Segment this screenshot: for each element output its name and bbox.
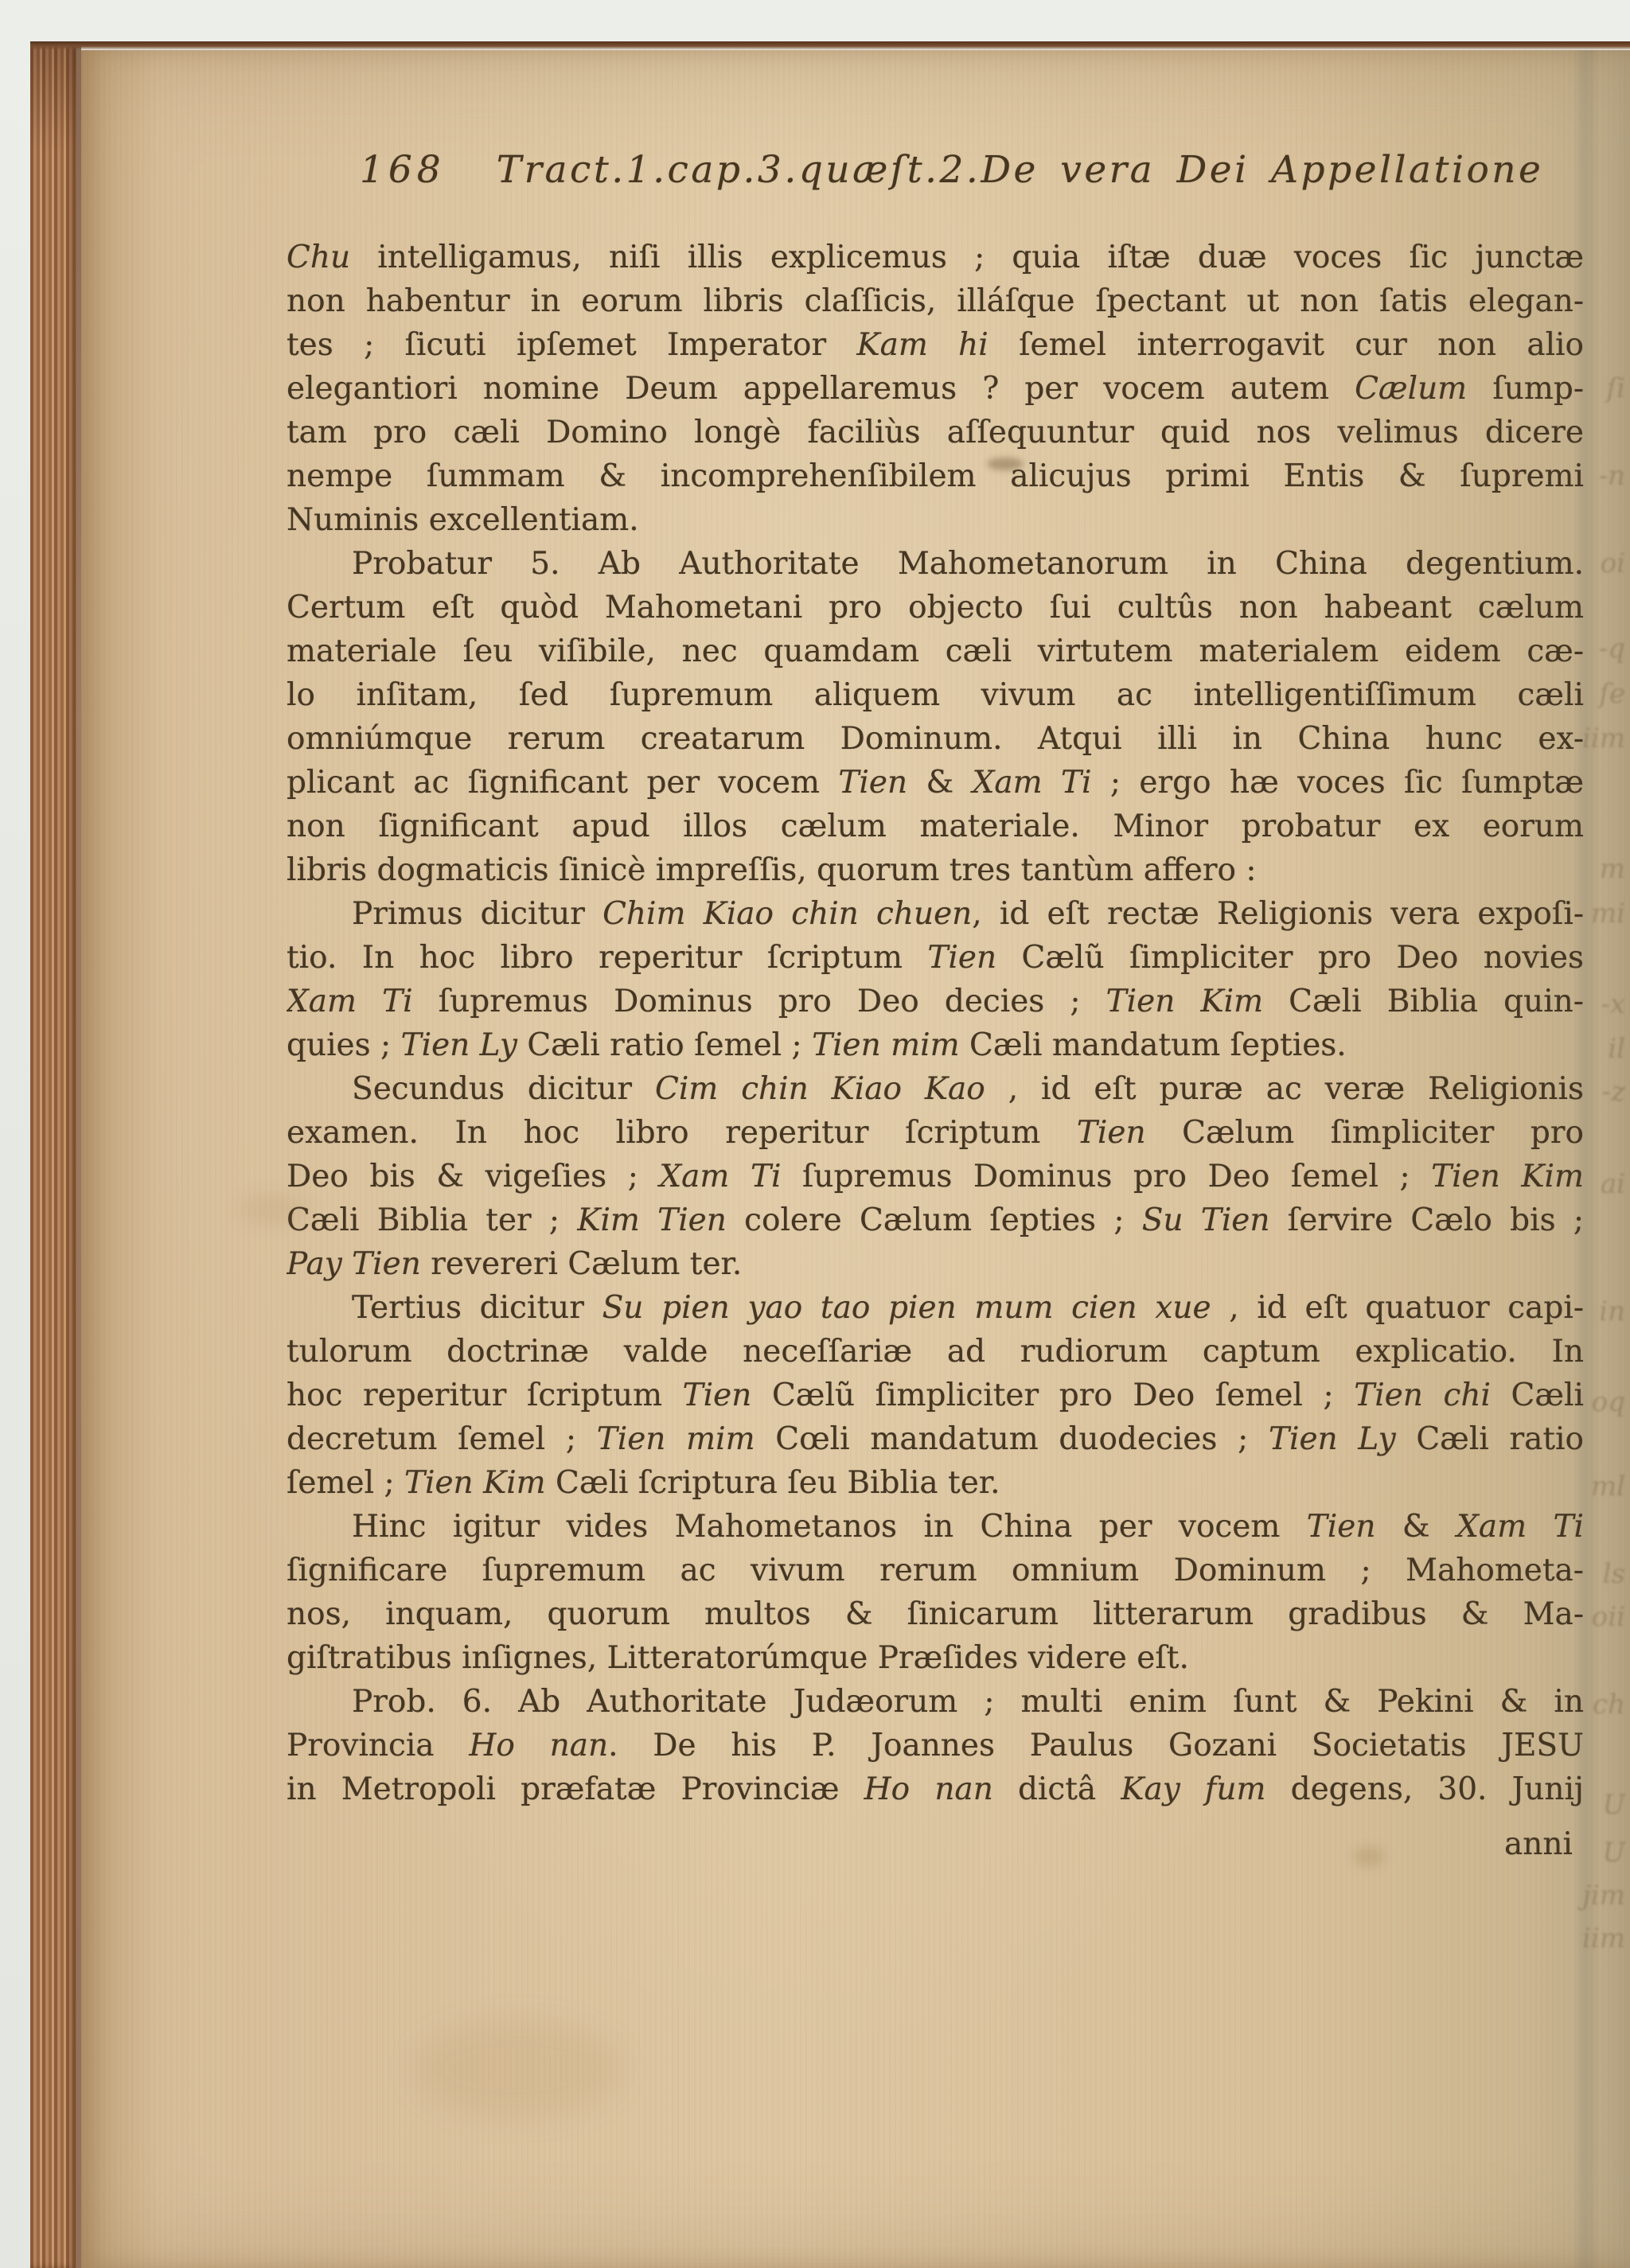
bleed-through-fragment: -x <box>1601 988 1625 1020</box>
text-line: in Metropoli præfatæ Provinciæ Ho nan di… <box>287 1767 1584 1811</box>
italic-term: Tien Ly <box>1269 1421 1396 1457</box>
bleed-through-fragment: ai <box>1601 1168 1625 1200</box>
text-segment: ; ergo hæ voces ſic ſumptæ <box>1091 765 1584 801</box>
text-segment: plicant ac ſignificant per vocem <box>287 765 838 801</box>
text-segment: Prob. 6. Ab Authoritate Judæorum ; multi… <box>352 1684 1584 1720</box>
text-segment: dictâ <box>993 1771 1121 1807</box>
text-line: Chu intelligamus, niſi illis explicemus … <box>287 236 1584 279</box>
text-segment: Tertius dicitur <box>352 1290 602 1326</box>
text-segment: , id eſt puræ ac veræ Religionis <box>985 1071 1584 1107</box>
text-segment: tio. In hoc libro reperitur ſcriptum <box>287 940 927 976</box>
italic-term: Tien Ly <box>401 1027 517 1063</box>
text-segment: Cælum ſimpliciter pro <box>1146 1115 1584 1151</box>
text-segment: & <box>907 765 973 801</box>
running-title: Tract.1.cap.3.quæſt.2.De vera Dei Appell… <box>497 148 1544 192</box>
text-segment: ſemel interrogavit cur non alio <box>989 327 1584 363</box>
text-line: ſignificare ſupremum ac vivum rerum omni… <box>287 1549 1584 1592</box>
italic-term: Tien <box>838 765 907 801</box>
text-segment: Cæli Biblia quin- <box>1263 984 1584 1019</box>
book-scan: 168Tract.1.cap.3.quæſt.2.De vera Dei App… <box>0 0 1630 2268</box>
text-segment: examen. In hoc libro reperitur ſcriptum <box>287 1115 1077 1151</box>
italic-term: Xam Ti <box>1456 1509 1584 1545</box>
text-segment: Deo bis & vigeſies ; <box>287 1159 659 1194</box>
italic-term: Pay Tien <box>287 1246 421 1282</box>
text-segment: Primus dicitur <box>352 896 602 932</box>
text-segment: intelligamus, niſi illis explicemus ; qu… <box>350 240 1584 275</box>
text-segment: Probatur 5. Ab Authoritate Mahometanorum… <box>352 546 1584 582</box>
italic-term: Kim Tien <box>577 1202 727 1238</box>
bleed-through-fragment: ml <box>1591 1471 1625 1502</box>
text-line: quies ; Tien Ly Cæli ratio ſemel ; Tien … <box>287 1023 1584 1067</box>
text-segment: & <box>1375 1509 1456 1545</box>
text-line: nos, inquam, quorum multos & ſinicarum l… <box>287 1592 1584 1636</box>
text-segment: Cœli mandatum duodecies ; <box>755 1421 1269 1457</box>
italic-term: Ho nan <box>469 1728 608 1763</box>
italic-term: Chu <box>287 240 350 275</box>
bleed-through-fragment: oi <box>1601 548 1625 579</box>
italic-term: Tien chi <box>1354 1378 1491 1413</box>
italic-term: Xam Ti <box>287 984 413 1019</box>
text-segment: ſupremus Dominus pro Deo decies ; <box>413 984 1106 1019</box>
text-segment: Cæli <box>1491 1378 1584 1413</box>
text-segment: degens, 30. Junij <box>1265 1771 1584 1807</box>
italic-term: Su Tien <box>1142 1202 1270 1238</box>
text-segment: Secundus dicitur <box>352 1071 655 1107</box>
text-segment: colere Cælum ſepties ; <box>727 1202 1142 1238</box>
text-segment: quies ; <box>287 1027 401 1063</box>
italic-term: Su pien yao tao pien mum cien xue <box>602 1290 1211 1326</box>
bleed-through-fragment: ſe <box>1599 678 1625 710</box>
bleed-through-fragment: oii <box>1592 1601 1625 1633</box>
italic-term: Chim Kiao chin chuen <box>602 896 972 932</box>
text-segment: decretum ſemel ; <box>287 1421 597 1457</box>
italic-term: Tien <box>1077 1115 1146 1151</box>
text-segment: Cæli mandatum ſepties. <box>960 1027 1347 1063</box>
text-line: nempe ſummam & incomprehenſibilem alicuj… <box>287 454 1584 498</box>
text-line: Deo bis & vigeſies ; Xam Ti ſupremus Dom… <box>287 1155 1584 1198</box>
bleed-through-fragment: oq <box>1592 1386 1625 1418</box>
bleed-through-fragment: ſi <box>1607 372 1625 404</box>
text-line: Tertius dicitur Su pien yao tao pien mum… <box>287 1286 1584 1330</box>
italic-term: Cælum <box>1355 371 1467 407</box>
text-segment: non habentur in eorum libris claſſicis, … <box>287 283 1584 319</box>
text-line: Hinc igitur vides Mahometanos in China p… <box>287 1505 1584 1549</box>
book-top-edge <box>30 41 1630 50</box>
text-segment: libris dogmaticis ſinicè impreſſis, quor… <box>287 852 1256 888</box>
italic-term: Kam hi <box>856 327 988 363</box>
text-line: tio. In hoc libro reperitur ſcriptum Tie… <box>287 936 1584 980</box>
text-line: plicant ac ſignificant per vocem Tien & … <box>287 761 1584 805</box>
text-line: tam pro cæli Domino longè faciliùs aſſeq… <box>287 411 1584 454</box>
book-page-edges <box>30 41 76 2268</box>
text-segment: elegantiori nomine Deum appellaremus ? p… <box>287 371 1355 407</box>
text-segment: . De his P. Joannes Paulus Gozani Societ… <box>608 1728 1584 1763</box>
italic-term: Tien <box>927 940 996 976</box>
text-line: Pay Tien revereri Cælum ter. <box>287 1242 1584 1286</box>
italic-term: Tien <box>1307 1509 1376 1545</box>
bleed-through-fragment: U <box>1602 1837 1625 1869</box>
italic-term: Xam Ti <box>659 1159 781 1194</box>
text-line: ſemel ; Tien Kim Cæli ſcriptura ſeu Bibl… <box>287 1461 1584 1505</box>
italic-term: Cim chin Kiao Kao <box>655 1071 985 1107</box>
text-segment: Provincia <box>287 1728 469 1763</box>
text-line: decretum ſemel ; Tien mim Cœli mandatum … <box>287 1417 1584 1461</box>
italic-term: Tien mim <box>812 1027 960 1063</box>
italic-term: Xam Ti <box>973 765 1092 801</box>
text-segment: , id eſt rectæ Religionis vera expoſi- <box>972 896 1584 932</box>
running-header: 168Tract.1.cap.3.quæſt.2.De vera Dei App… <box>360 148 1530 192</box>
bleed-through-fragment: in <box>1599 1296 1625 1327</box>
text-line: omniúmque rerum creatarum Dominum. Atqui… <box>287 717 1584 761</box>
text-line: libris dogmaticis ſinicè impreſſis, quor… <box>287 848 1584 892</box>
text-segment: giſtratibus inſignes, Litteratorúmque Pr… <box>287 1640 1189 1676</box>
italic-term: Tien Kim <box>404 1465 546 1501</box>
text-segment: nos, inquam, quorum multos & ſinicarum l… <box>287 1596 1584 1632</box>
text-line: materiale ſeu viſibile, nec quamdam cæli… <box>287 629 1584 673</box>
text-segment: Cæli ratio ſemel ; <box>517 1027 812 1063</box>
bleed-through-fragment: iim <box>1582 1923 1625 1954</box>
text-line: hoc reperitur ſcriptum Tien Cælũ ſimplic… <box>287 1374 1584 1417</box>
text-line: non ſignificant apud illos cælum materia… <box>287 805 1584 848</box>
text-line: Provincia Ho nan. De his P. Joannes Paul… <box>287 1724 1584 1767</box>
text-line: Secundus dicitur Cim chin Kiao Kao , id … <box>287 1067 1584 1111</box>
text-segment: Numinis excellentiam. <box>287 502 639 538</box>
text-line: Certum eſt quòd Mahometani pro objecto ſ… <box>287 586 1584 629</box>
text-line: tes ; ſicuti ipſemet Imperator Kam hi ſe… <box>287 323 1584 367</box>
italic-term: Tien Kim <box>1106 984 1263 1019</box>
text-segment: Certum eſt quòd Mahometani pro objecto ſ… <box>287 590 1584 625</box>
text-line: giſtratibus inſignes, Litteratorúmque Pr… <box>287 1636 1584 1680</box>
bleed-through-fragment: -n <box>1599 460 1625 492</box>
text-segment: omniúmque rerum creatarum Dominum. Atqui… <box>287 721 1584 757</box>
text-segment: lo inſitam, ſed ſupremum aliquem vivum a… <box>287 677 1584 713</box>
text-segment: non ſignificant apud illos cælum materia… <box>287 809 1584 844</box>
text-segment: ſervire Cælo bis ; <box>1270 1202 1584 1238</box>
text-segment: in Metropoli præfatæ Provinciæ <box>287 1771 864 1807</box>
text-segment: Cælũ ſimpliciter pro Deo novies <box>996 940 1584 976</box>
text-segment: ſignificare ſupremum ac vivum rerum omni… <box>287 1553 1584 1588</box>
text-line: non habentur in eorum libris claſſicis, … <box>287 279 1584 323</box>
page-number: 168 <box>360 148 446 192</box>
text-segment: Cæli ratio <box>1396 1421 1584 1457</box>
text-segment: ſupremus Dominus pro Deo ſemel ; <box>781 1159 1431 1194</box>
italic-term: Tien Kim <box>1431 1159 1584 1194</box>
text-segment: materiale ſeu viſibile, nec quamdam cæli… <box>287 633 1584 669</box>
text-segment: tes ; ſicuti ipſemet Imperator <box>287 327 856 363</box>
text-line: examen. In hoc libro reperitur ſcriptum … <box>287 1111 1584 1155</box>
italic-term: Ho nan <box>864 1771 993 1807</box>
text-segment: Cæli Biblia ter ; <box>287 1202 577 1238</box>
text-line: tulorum doctrinæ valde neceſſariæ ad rud… <box>287 1330 1584 1374</box>
text-segment: nempe ſummam & incomprehenſibilem alicuj… <box>287 458 1584 494</box>
text-line: Cæli Biblia ter ; Kim Tien colere Cælum … <box>287 1198 1584 1242</box>
text-line: lo inſitam, ſed ſupremum aliquem vivum a… <box>287 673 1584 717</box>
bleed-through-fragment: -z <box>1602 1076 1625 1108</box>
text-line: Numinis excellentiam. <box>287 498 1584 542</box>
bleed-through-fragment: iim <box>1582 723 1625 754</box>
text-segment: ſemel ; <box>287 1465 404 1501</box>
text-block: Chu intelligamus, niſi illis explicemus … <box>287 236 1584 1870</box>
bleed-through-fragment: mi <box>1591 898 1625 929</box>
italic-term: Kay fum <box>1121 1771 1265 1807</box>
text-line: Primus dicitur Chim Kiao chin chuen, id … <box>287 892 1584 936</box>
text-line: elegantiori nomine Deum appellaremus ? p… <box>287 367 1584 411</box>
text-segment: tam pro cæli Domino longè faciliùs aſſeq… <box>287 415 1584 450</box>
bleed-through-fragment: il <box>1608 1033 1625 1065</box>
text-line: Prob. 6. Ab Authoritate Judæorum ; multi… <box>287 1680 1584 1724</box>
italic-term: Tien mim <box>597 1421 755 1457</box>
text-line: Xam Ti ſupremus Dominus pro Deo decies ;… <box>287 980 1584 1023</box>
text-segment: revereri Cælum ter. <box>421 1246 742 1282</box>
bleed-through-fragment: -q <box>1599 633 1625 664</box>
italic-term: Tien <box>683 1378 752 1413</box>
text-segment: ſump- <box>1467 371 1584 407</box>
bleed-through-text: ſi-noi-qſeiimmmi-xil-zaiinoqmllsoiichUUj… <box>1574 0 1630 2268</box>
text-segment: Cæli ſcriptura ſeu Biblia ter. <box>546 1465 1000 1501</box>
text-segment: Cælũ ſimpliciter pro Deo ſemel ; <box>751 1378 1354 1413</box>
bleed-through-fragment: U <box>1602 1789 1625 1821</box>
text-line: Probatur 5. Ab Authoritate Mahometanorum… <box>287 542 1584 586</box>
bleed-through-fragment: ls <box>1603 1558 1625 1590</box>
catchword: anni <box>287 1822 1584 1870</box>
bleed-through-fragment: m <box>1600 853 1625 885</box>
text-segment: tulorum doctrinæ valde neceſſariæ ad rud… <box>287 1334 1584 1370</box>
text-segment: hoc reperitur ſcriptum <box>287 1378 683 1413</box>
text-segment: , id eſt quatuor capi- <box>1211 1290 1584 1326</box>
bleed-through-fragment: ch <box>1593 1689 1625 1720</box>
bleed-through-fragment: jim <box>1582 1880 1625 1911</box>
text-segment: Hinc igitur vides Mahometanos in China p… <box>352 1509 1307 1545</box>
